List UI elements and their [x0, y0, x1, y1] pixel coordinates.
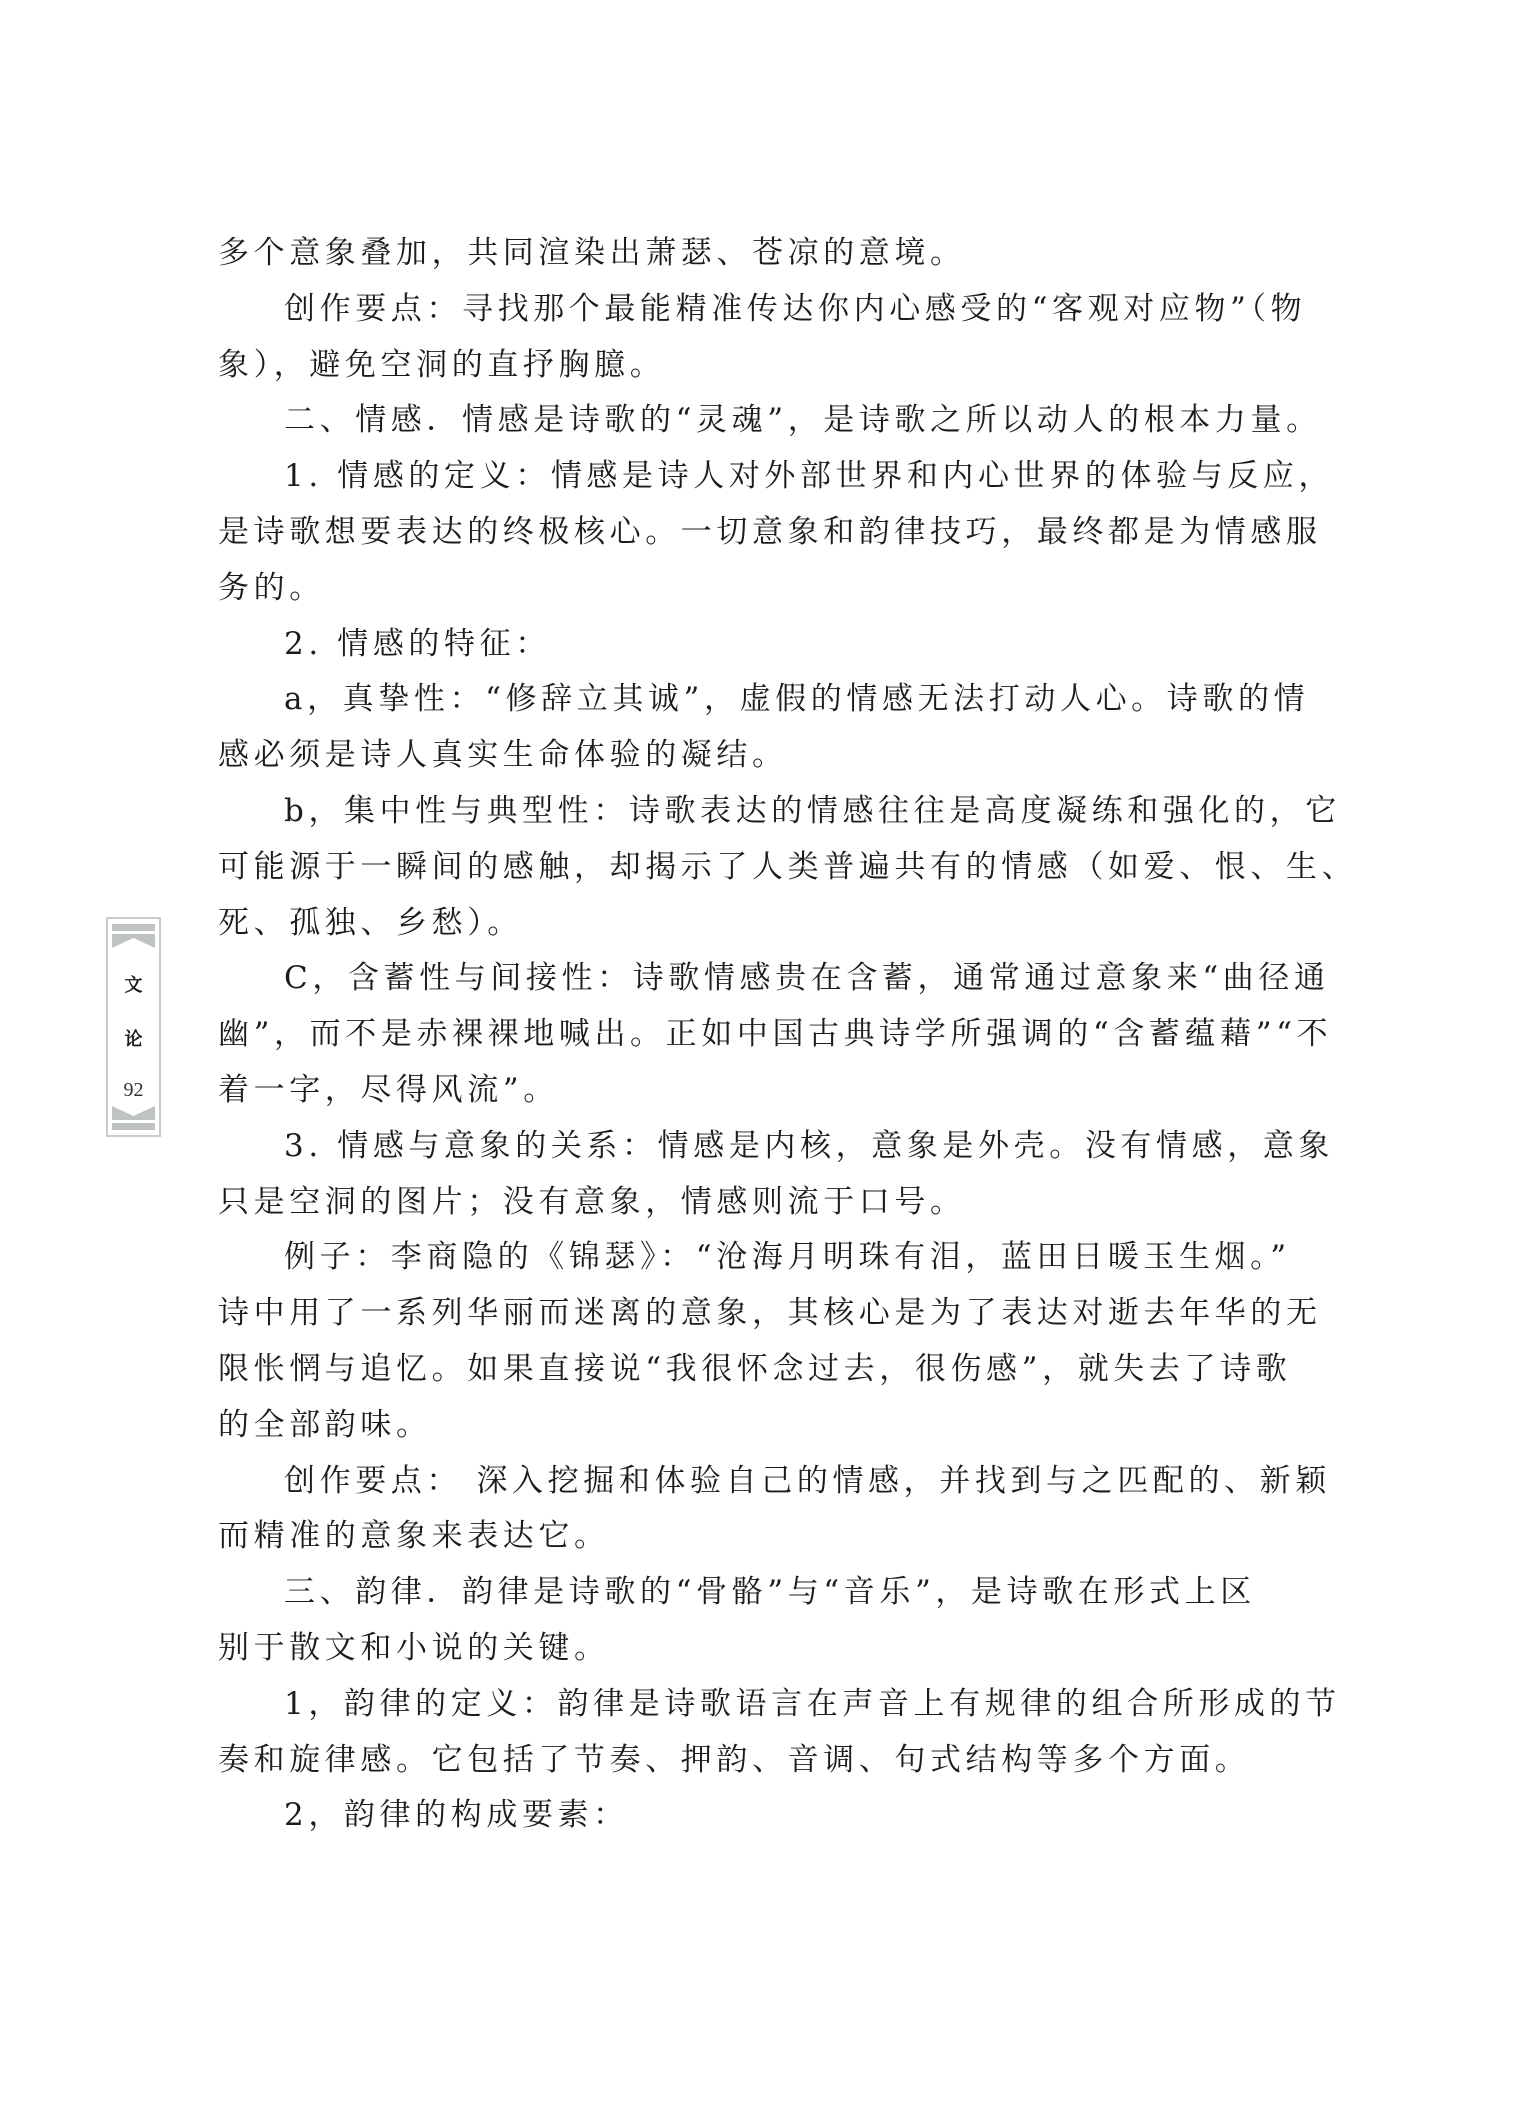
text-line: 而精准的意象来表达它。	[218, 1509, 1310, 1565]
text-line: 1. 情感的定义：情感是诗人对外部世界和内心世界的体验与反应，	[218, 449, 1310, 505]
text-line: 只是空洞的图片；没有意象，情感则流于口号。	[218, 1175, 1310, 1231]
tab-top-bar	[112, 924, 155, 931]
text-line: 创作要点：寻找那个最能精准传达你内心感受的“客观对应物”（物	[218, 282, 1310, 338]
tab-bottom-chevron-icon	[112, 1106, 155, 1120]
text-line: 幽”，而不是赤裸裸地喊出。正如中国古典诗学所强调的“含蓄蕴藉”“不	[218, 1007, 1310, 1063]
text-line: 可能源于一瞬间的感触，却揭示了人类普遍共有的情感（如爱、恨、生、	[218, 840, 1310, 896]
text-line: 的全部韵味。	[218, 1398, 1310, 1454]
text-line: b，集中性与典型性：诗歌表达的情感往往是高度凝练和强化的，它	[218, 784, 1310, 840]
tab-label-char-1: 文	[108, 971, 159, 997]
text-line: 2. 情感的特征：	[218, 617, 1310, 673]
text-line: 着一字，尽得风流”。	[218, 1063, 1310, 1119]
text-line: 1，韵律的定义：韵律是诗歌语言在声音上有规律的组合所形成的节	[218, 1677, 1310, 1733]
text-line: 3. 情感与意象的关系：情感是内核，意象是外壳。没有情感，意象	[218, 1119, 1310, 1175]
book-page: 文 论 92 多个意象叠加，共同渲染出萧瑟、苍凉的意境。创作要点：寻找那个最能精…	[0, 0, 1525, 2115]
page-number: 92	[108, 1079, 159, 1102]
text-line: 象），避免空洞的直抒胸臆。	[218, 338, 1310, 394]
text-line: 三、韵律．韵律是诗歌的“骨骼”与“音乐”，是诗歌在形式上区	[218, 1565, 1310, 1621]
text-line: 多个意象叠加，共同渲染出萧瑟、苍凉的意境。	[218, 226, 1310, 282]
text-line: 创作要点： 深入挖掘和体验自己的情感，并找到与之匹配的、新颖	[218, 1454, 1310, 1510]
text-line: a，真挚性：“修辞立其诚”，虚假的情感无法打动人心。诗歌的情	[218, 672, 1310, 728]
text-line: 死、孤独、乡愁）。	[218, 896, 1310, 952]
text-line: 例子：李商隐的《锦瑟》：“沧海月明珠有泪，蓝田日暖玉生烟。”	[218, 1230, 1310, 1286]
side-thumb-tab: 文 论 92	[106, 917, 161, 1137]
tab-top-chevron-icon	[112, 934, 155, 948]
text-line: 是诗歌想要表达的终极核心。一切意象和韵律技巧，最终都是为情感服	[218, 505, 1310, 561]
text-line: C，含蓄性与间接性：诗歌情感贵在含蓄，通常通过意象来“曲径通	[218, 951, 1310, 1007]
text-line: 感必须是诗人真实生命体验的凝结。	[218, 728, 1310, 784]
text-line: 奏和旋律感。它包括了节奏、押韵、音调、句式结构等多个方面。	[218, 1733, 1310, 1789]
tab-bottom-bar	[112, 1123, 155, 1130]
text-line: 务的。	[218, 561, 1310, 617]
text-line: 2，韵律的构成要素：	[218, 1788, 1310, 1844]
body-text: 多个意象叠加，共同渲染出萧瑟、苍凉的意境。创作要点：寻找那个最能精准传达你内心感…	[218, 226, 1310, 1844]
text-line: 限怅惘与追忆。如果直接说“我很怀念过去，很伤感”，就失去了诗歌	[218, 1342, 1310, 1398]
text-line: 二、情感．情感是诗歌的“灵魂”，是诗歌之所以动人的根本力量。	[218, 393, 1310, 449]
text-line: 诗中用了一系列华丽而迷离的意象，其核心是为了表达对逝去年华的无	[218, 1286, 1310, 1342]
tab-label-char-2: 论	[108, 1025, 159, 1051]
text-line: 别于散文和小说的关键。	[218, 1621, 1310, 1677]
